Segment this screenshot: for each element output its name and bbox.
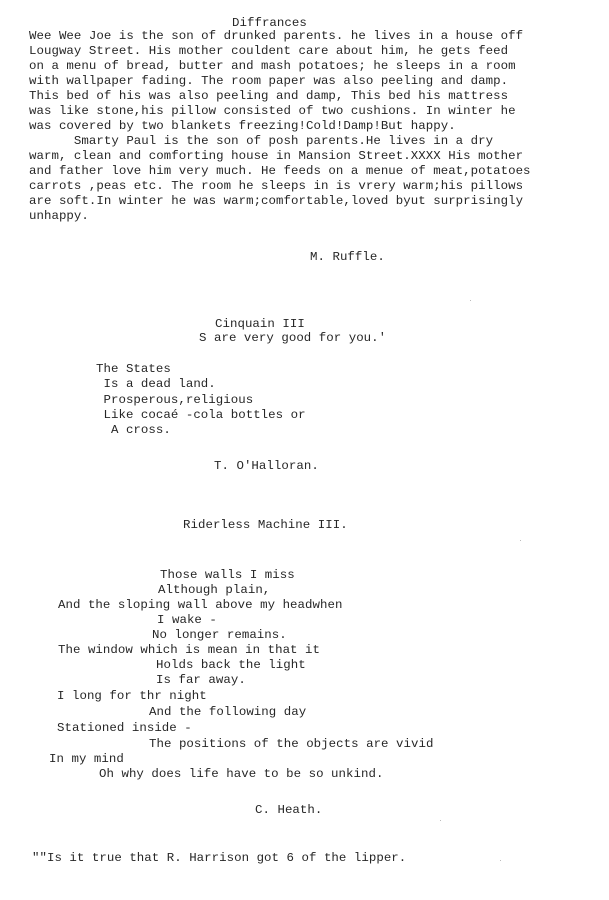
poem-line: The window which is mean in that it	[58, 643, 320, 657]
poem-line: No longer remains.	[152, 628, 287, 642]
footer-note: ""Is it true that R. Harrison got 6 of t…	[32, 851, 406, 865]
scan-speck	[500, 860, 501, 861]
poem-line: And the following day	[149, 705, 306, 719]
scan-speck	[440, 820, 441, 821]
story-line: Lougway Street. His mother couldent care…	[29, 44, 508, 58]
poem-line: Although plain,	[158, 583, 270, 597]
story-line: are soft.In winter he was warm;comfortab…	[29, 194, 523, 208]
poem-title: Cinquain III	[215, 317, 305, 331]
author-signature: T. O'Halloran.	[214, 459, 319, 473]
author-signature: M. Ruffle.	[310, 250, 385, 264]
poem-line: I wake -	[157, 613, 217, 627]
poem-title: Riderless Machine III.	[183, 518, 348, 532]
author-signature: C. Heath.	[255, 803, 322, 817]
story-line: and father love him very much. He feeds …	[29, 164, 531, 178]
story-line: was like stone,his pillow consisted of t…	[29, 104, 516, 118]
poem-line: Those walls I miss	[160, 568, 295, 582]
poem-subtitle: S are very good for you.'	[199, 331, 386, 345]
poem-line: Holds back the light	[156, 658, 306, 672]
typed-page: Diffrances Wee Wee Joe is the son of dru…	[0, 0, 609, 900]
story-line: unhappy.	[29, 209, 89, 223]
poem-line: Oh why does life have to be so unkind.	[99, 767, 383, 781]
poem-line: In my mind	[49, 752, 124, 766]
poem-line: And the sloping wall above my headwhen	[58, 598, 342, 612]
poem-line: Is a dead land.	[96, 377, 216, 391]
story-line: on a menu of bread, butter and mash pota…	[29, 59, 516, 73]
poem-line: Stationed inside -	[57, 721, 192, 735]
story-line: with wallpaper fading. The room paper wa…	[29, 74, 508, 88]
poem-line: The positions of the objects are vivid	[149, 737, 433, 751]
scan-speck	[470, 300, 471, 301]
poem-line: I long for thr night	[57, 689, 207, 703]
story-line: Smarty Paul is the son of posh parents.H…	[29, 134, 493, 148]
poem-line: Is far away.	[156, 673, 246, 687]
story-line: This bed of his was also peeling and dam…	[29, 89, 508, 103]
story-line: was covered by two blankets freezing!Col…	[29, 119, 456, 133]
story-line: Wee Wee Joe is the son of drunked parent…	[29, 29, 523, 43]
story-line: warm, clean and comforting house in Mans…	[29, 149, 523, 163]
story-line: carrots ,peas etc. The room he sleeps in…	[29, 179, 523, 193]
poem-line: The States	[96, 362, 171, 376]
story-title: Diffrances	[232, 16, 307, 30]
poem-line: Like cocaé -cola bottles or	[96, 408, 306, 422]
poem-line: A cross.	[96, 423, 171, 437]
poem-line: Prosperous,religious	[96, 393, 253, 407]
scan-speck	[520, 540, 521, 541]
